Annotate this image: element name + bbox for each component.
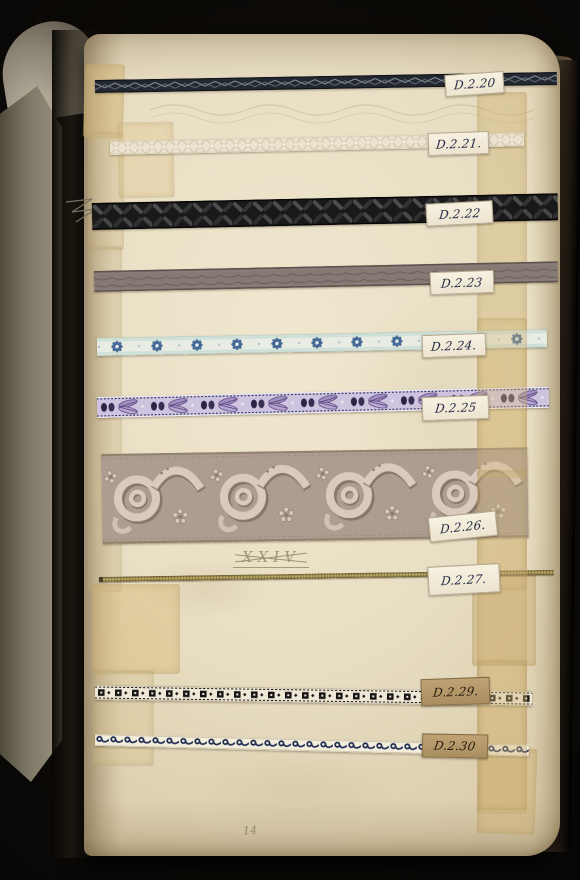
sample-label-text: D.2.27. xyxy=(441,571,488,587)
sample-label-text: D.2.25 xyxy=(434,400,477,416)
tape-patch xyxy=(117,122,174,199)
page-number: 14 xyxy=(243,824,258,838)
sample-label-tag: D.2.23 xyxy=(430,270,495,295)
sample-label-text: D.2.22 xyxy=(438,205,481,221)
sample-label-tag: D.2.22 xyxy=(425,200,493,226)
sample-label-text: D.2.24. xyxy=(430,338,477,354)
tape-patch xyxy=(92,584,180,674)
sample-label-text: D.2.21. xyxy=(435,136,482,152)
sample-label-tag: D.2.21. xyxy=(428,131,490,156)
sample-label-tag: D.2.24. xyxy=(422,333,487,358)
sample-label-text: D.2.23 xyxy=(441,275,484,291)
sample-label-text: D.2.29. xyxy=(432,684,479,700)
paper-stain xyxy=(190,750,400,830)
sample-label-text: D.2.20 xyxy=(453,75,495,92)
sample-label-text: D.2.30 xyxy=(433,739,477,754)
sample-label-tag: D.2.20 xyxy=(444,71,504,97)
sample-label-tag: D.2.27. xyxy=(427,563,500,596)
sample-label-tag: D.2.30 xyxy=(422,733,488,758)
sample-book-photograph: D.2.20 D.2.21. D.2.22 D.2.23 D.2.24. D.2… xyxy=(0,0,580,880)
sample-label-tag: D.2.25 xyxy=(422,395,490,421)
sample-label-text: D.2.26. xyxy=(440,517,486,536)
sample-label-tag: D.2.29. xyxy=(421,677,491,706)
plate-numeral: XXIV xyxy=(233,548,309,568)
